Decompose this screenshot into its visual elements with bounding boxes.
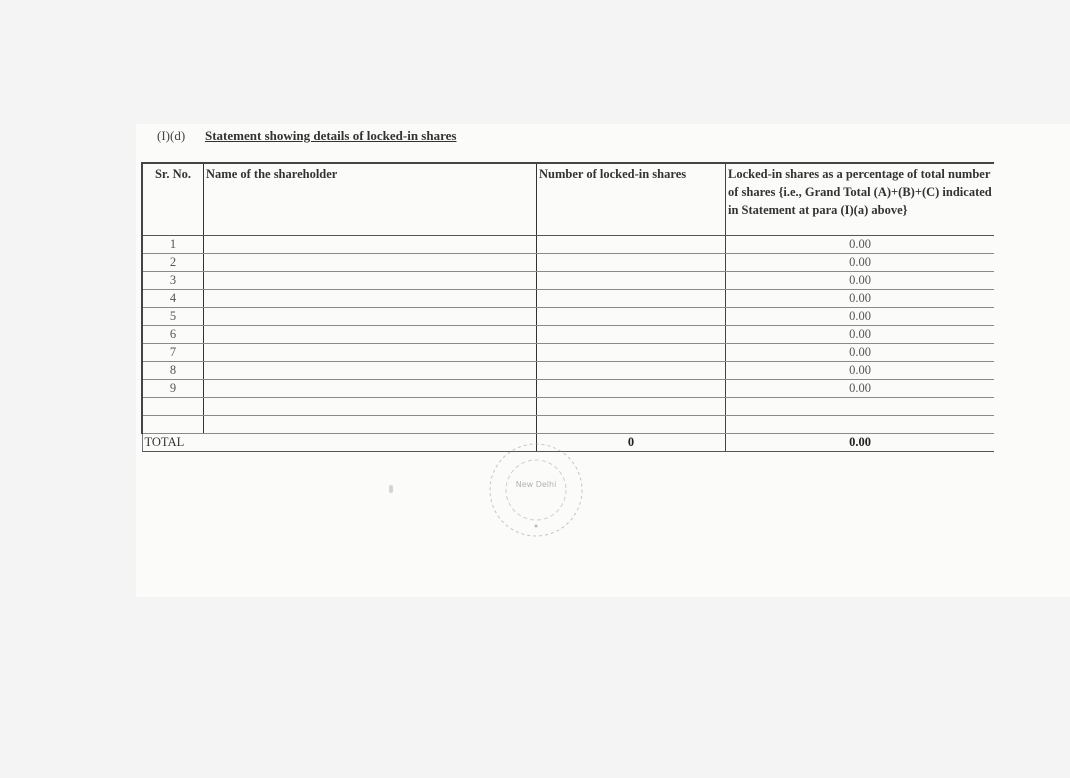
shareholder-name-cell bbox=[204, 398, 537, 416]
sr-no-cell: 7 bbox=[142, 344, 204, 362]
locked-shares-cell bbox=[537, 308, 726, 326]
locked-shares-cell bbox=[537, 362, 726, 380]
locked-shares-cell bbox=[537, 290, 726, 308]
shareholder-name-cell bbox=[204, 236, 537, 254]
locked-in-shares-table: Sr. No. Name of the shareholder Number o… bbox=[141, 162, 994, 452]
stamp-center-text: New Delhi bbox=[481, 480, 591, 489]
company-seal-stamp: New Delhi bbox=[481, 440, 591, 540]
shareholder-name-cell bbox=[204, 326, 537, 344]
percentage-cell: 0.00 bbox=[726, 308, 995, 326]
locked-shares-cell bbox=[537, 380, 726, 398]
sr-no-cell: 3 bbox=[142, 272, 204, 290]
table-row: 60.00 bbox=[142, 326, 994, 344]
table-header-row: Sr. No. Name of the shareholder Number o… bbox=[142, 163, 994, 236]
table-row: 90.00 bbox=[142, 380, 994, 398]
locked-shares-cell bbox=[537, 326, 726, 344]
table-row: 80.00 bbox=[142, 362, 994, 380]
shareholder-name-cell bbox=[204, 416, 537, 434]
locked-shares-cell bbox=[537, 344, 726, 362]
scan-speck bbox=[389, 485, 393, 493]
total-percentage: 0.00 bbox=[726, 434, 995, 452]
sr-no-cell: 8 bbox=[142, 362, 204, 380]
shareholder-name-cell bbox=[204, 362, 537, 380]
table-row bbox=[142, 416, 994, 434]
header-sr-no: Sr. No. bbox=[142, 163, 204, 236]
sr-no-cell bbox=[142, 416, 204, 434]
section-number: (I)(d) bbox=[157, 128, 205, 144]
shareholder-name-cell bbox=[204, 290, 537, 308]
percentage-cell: 0.00 bbox=[726, 254, 995, 272]
sr-no-cell: 1 bbox=[142, 236, 204, 254]
percentage-cell: 0.00 bbox=[726, 290, 995, 308]
percentage-cell: 0.00 bbox=[726, 272, 995, 290]
table-row bbox=[142, 398, 994, 416]
table-row: 30.00 bbox=[142, 272, 994, 290]
sr-no-cell bbox=[142, 398, 204, 416]
shareholder-name-cell bbox=[204, 254, 537, 272]
shareholder-name-cell bbox=[204, 308, 537, 326]
percentage-cell: 0.00 bbox=[726, 344, 995, 362]
header-locked-percentage: Locked-in shares as a percentage of tota… bbox=[726, 163, 995, 236]
locked-shares-cell bbox=[537, 272, 726, 290]
locked-shares-cell bbox=[537, 416, 726, 434]
locked-shares-cell bbox=[537, 398, 726, 416]
table-row: 70.00 bbox=[142, 344, 994, 362]
shareholder-name-cell bbox=[204, 344, 537, 362]
sr-no-cell: 9 bbox=[142, 380, 204, 398]
percentage-cell: 0.00 bbox=[726, 362, 995, 380]
table-row: 40.00 bbox=[142, 290, 994, 308]
table-row: 10.00 bbox=[142, 236, 994, 254]
shareholder-name-cell bbox=[204, 380, 537, 398]
header-shareholder-name: Name of the shareholder bbox=[204, 163, 537, 236]
percentage-cell: 0.00 bbox=[726, 236, 995, 254]
header-locked-shares: Number of locked-in shares bbox=[537, 163, 726, 236]
section-heading: (I)(d)Statement showing details of locke… bbox=[157, 128, 456, 144]
sr-no-cell: 6 bbox=[142, 326, 204, 344]
shareholder-name-cell bbox=[204, 272, 537, 290]
table-row: 20.00 bbox=[142, 254, 994, 272]
table-row: 50.00 bbox=[142, 308, 994, 326]
locked-shares-cell bbox=[537, 236, 726, 254]
section-title: Statement showing details of locked-in s… bbox=[205, 128, 456, 143]
percentage-cell bbox=[726, 416, 995, 434]
percentage-cell: 0.00 bbox=[726, 380, 995, 398]
percentage-cell: 0.00 bbox=[726, 326, 995, 344]
percentage-cell bbox=[726, 398, 995, 416]
sr-no-cell: 2 bbox=[142, 254, 204, 272]
sr-no-cell: 5 bbox=[142, 308, 204, 326]
sr-no-cell: 4 bbox=[142, 290, 204, 308]
total-label: TOTAL bbox=[142, 434, 537, 452]
locked-shares-cell bbox=[537, 254, 726, 272]
